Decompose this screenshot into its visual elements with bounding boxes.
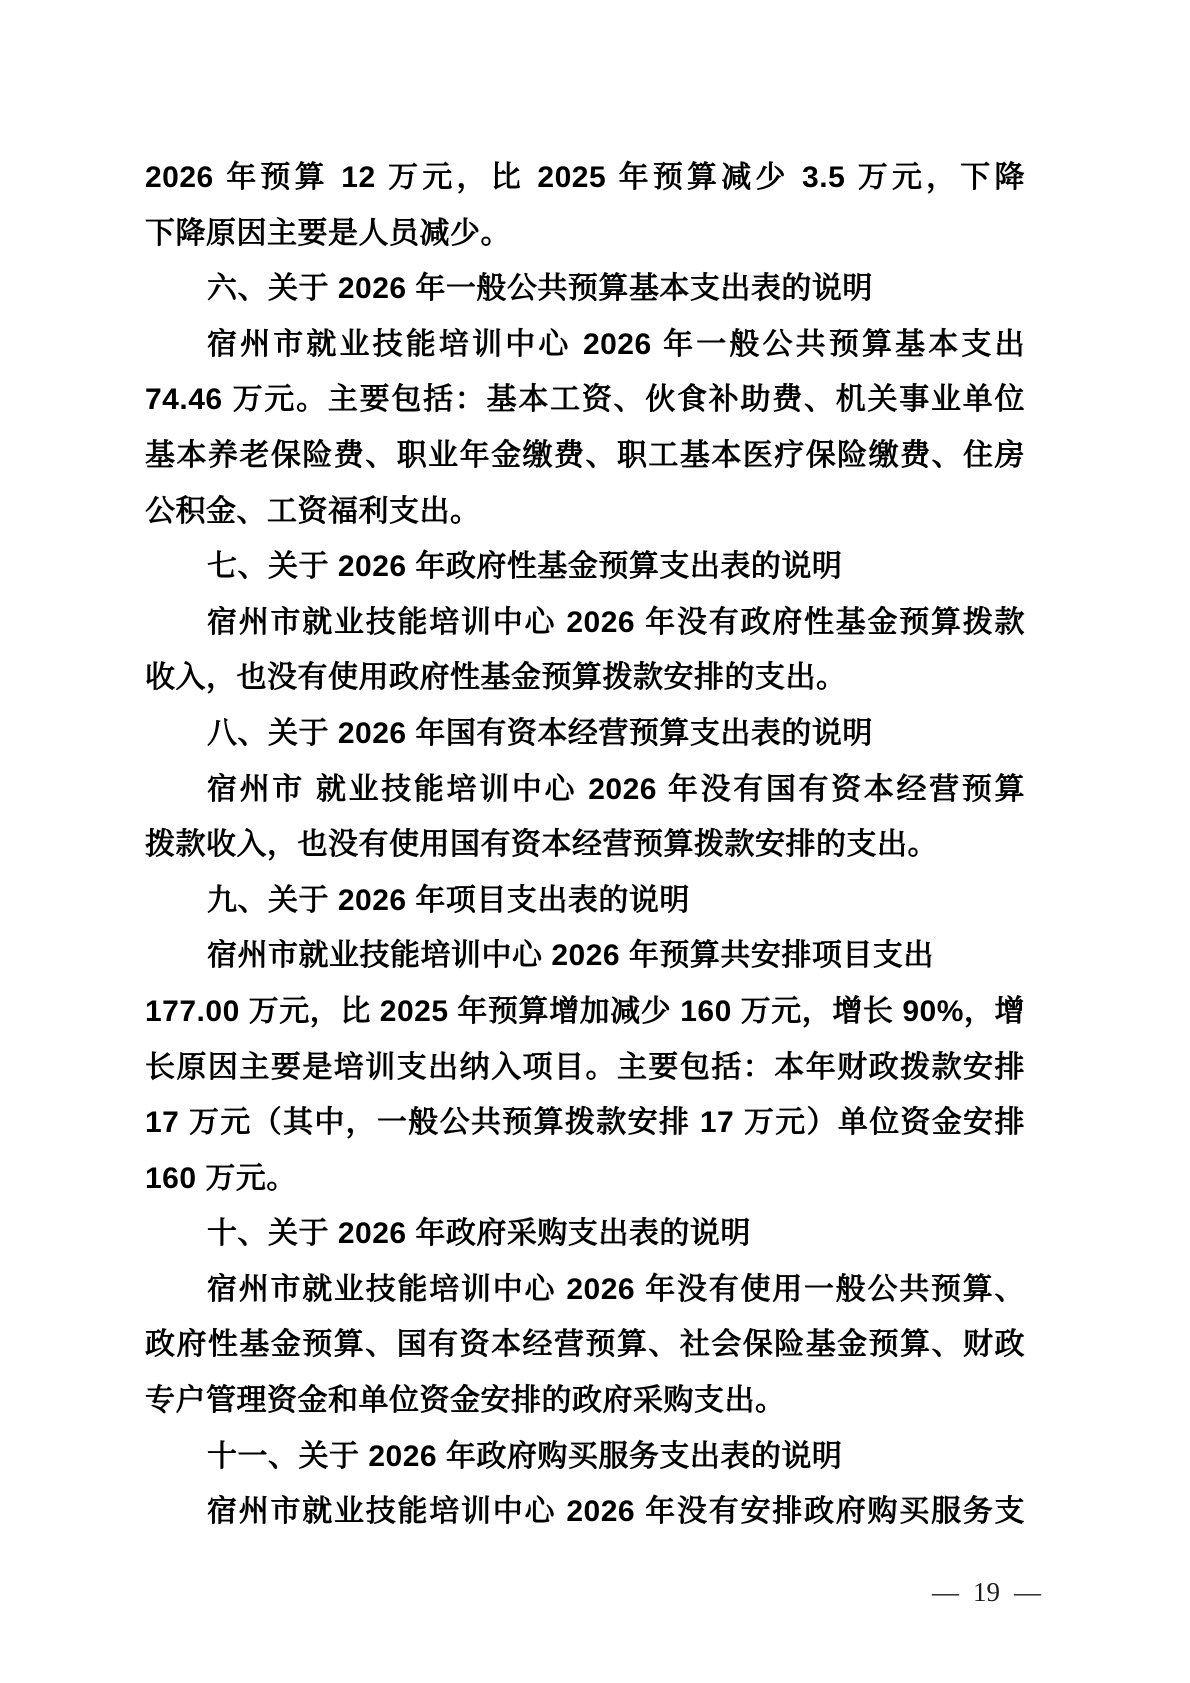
body-line: 专户管理资金和单位资金安排的政府采购支出。 (145, 1373, 1025, 1429)
body-line: 宿州市就业技能培训中心 2026 年没有政府性基金预算拨款 (145, 595, 1025, 651)
body-line: 74.46 万元。主要包括：基本工资、伙食补助费、机关事业单位 (145, 372, 1025, 428)
body-line: 宿州市就业技能培训中心 2026 年预算共安排项目支出 (145, 928, 1025, 984)
section-heading-9: 九、关于 2026 年项目支出表的说明 (145, 873, 1025, 929)
body-line: 拨款收入，也没有使用国有资本经营预算拨款安排的支出。 (145, 817, 1025, 873)
body-line: 17 万元（其中，一般公共预算拨款安排 17 万元）单位资金安排 (145, 1095, 1025, 1151)
body-line: 宿州市就业技能培训中心 2026 年没有安排政府购买服务支 (145, 1484, 1025, 1540)
body-line: 下降原因主要是人员减少。 (145, 206, 1025, 262)
section-heading-10: 十、关于 2026 年政府采购支出表的说明 (145, 1206, 1025, 1262)
section-heading-8: 八、关于 2026 年国有资本经营预算支出表的说明 (145, 706, 1025, 762)
body-line: 政府性基金预算、国有资本经营预算、社会保险基金预算、财政 (145, 1317, 1025, 1373)
body-line: 收入，也没有使用政府性基金预算拨款安排的支出。 (145, 650, 1025, 706)
section-heading-11: 十一、关于 2026 年政府购买服务支出表的说明 (145, 1429, 1025, 1485)
page-footer: — 19 — (932, 1576, 1041, 1608)
section-heading-7: 七、关于 2026 年政府性基金预算支出表的说明 (145, 539, 1025, 595)
footer-dash-right: — (1014, 1576, 1041, 1608)
section-heading-6: 六、关于 2026 年一般公共预算基本支出表的说明 (145, 261, 1025, 317)
document-body: 2026 年预算 12 万元，比 2025 年预算减少 3.5 万元，下降 23… (145, 150, 1025, 1540)
body-line: 160 万元。 (145, 1151, 1025, 1207)
body-line: 宿州市就业技能培训中心 2026 年没有使用一般公共预算、 (145, 1262, 1025, 1318)
body-line: 宿州市 就业技能培训中心 2026 年没有国有资本经营预算 (145, 762, 1025, 818)
body-line: 177.00 万元，比 2025 年预算增加减少 160 万元，增长 90%，增 (145, 984, 1025, 1040)
body-line: 基本养老保险费、职业年金缴费、职工基本医疗保险缴费、住房 (145, 428, 1025, 484)
body-line: 宿州市就业技能培训中心 2026 年一般公共预算基本支出 (145, 317, 1025, 373)
body-line: 2026 年预算 12 万元，比 2025 年预算减少 3.5 万元，下降 23… (145, 150, 1025, 206)
document-page: 2026 年预算 12 万元，比 2025 年预算减少 3.5 万元，下降 23… (0, 0, 1190, 1683)
body-line: 长原因主要是培训支出纳入项目。主要包括：本年财政拨款安排 (145, 1040, 1025, 1096)
body-line: 公积金、工资福利支出。 (145, 484, 1025, 540)
page-number: 19 (973, 1576, 1000, 1608)
footer-dash-left: — (932, 1576, 959, 1608)
